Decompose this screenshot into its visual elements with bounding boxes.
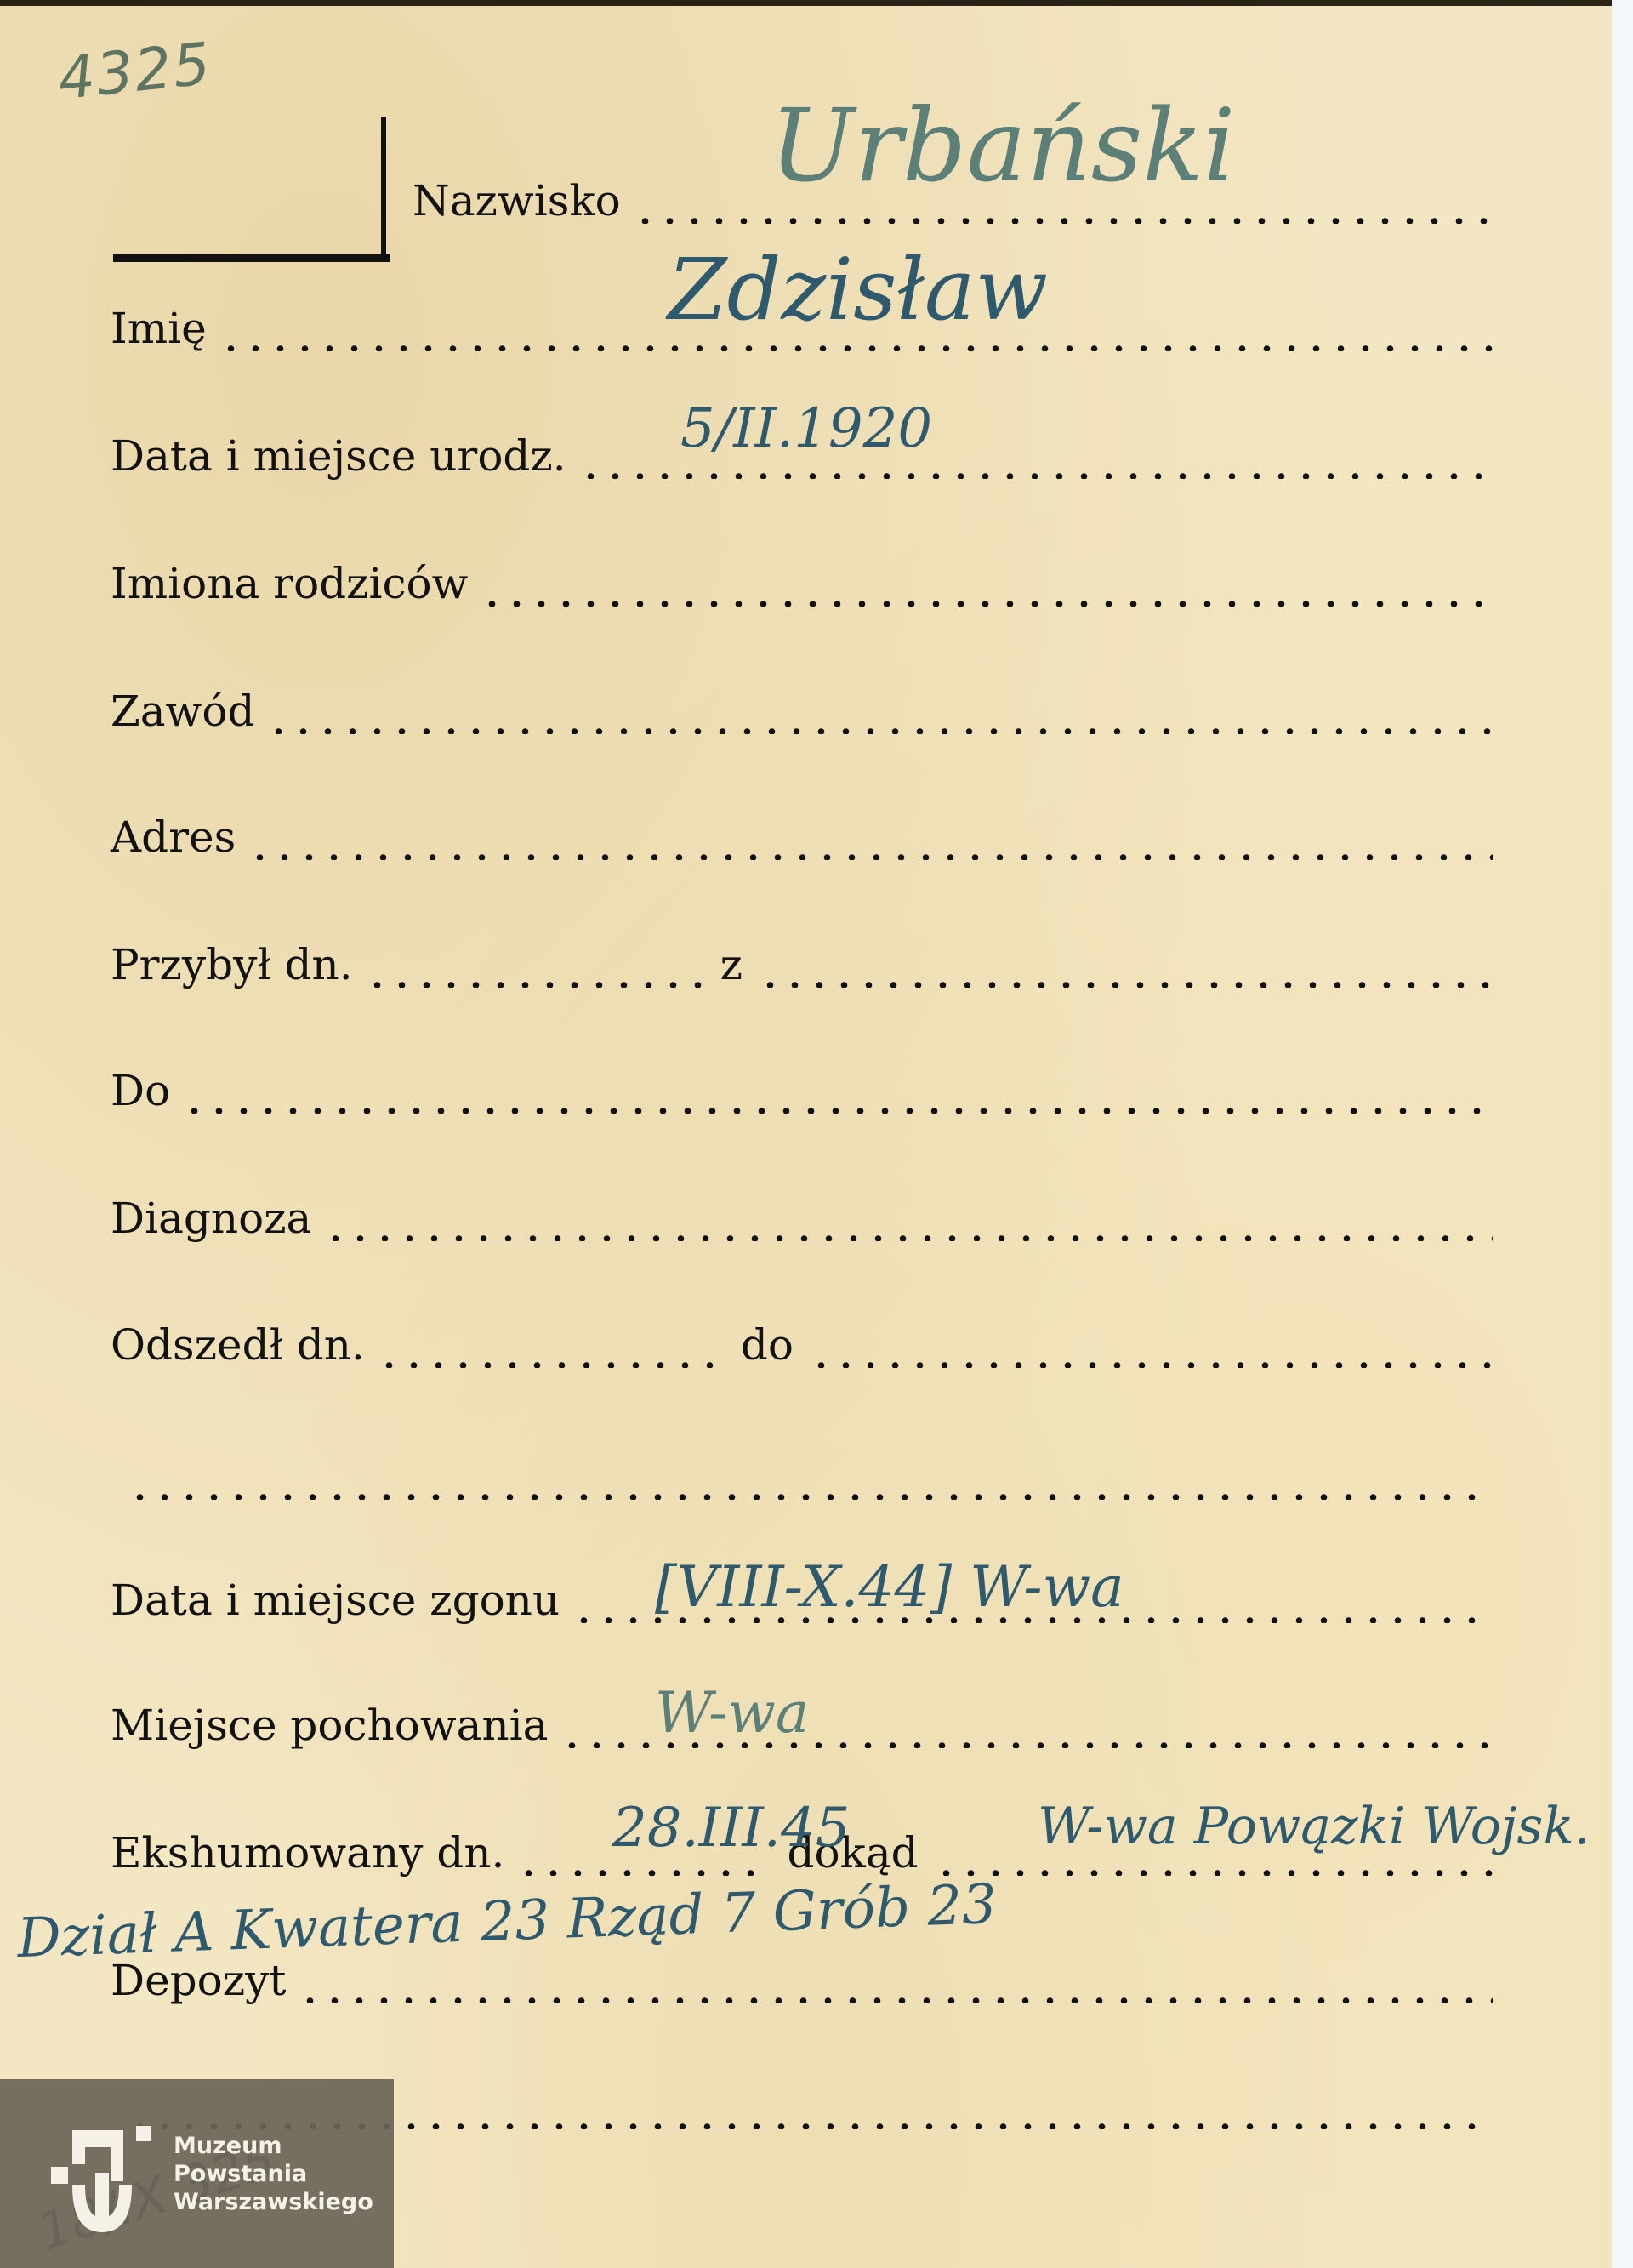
field-address: Adres: [111, 812, 1493, 872]
value-surname: Urbański: [770, 87, 1236, 204]
dotted-line: [266, 727, 1493, 734]
field-label: Nazwisko: [413, 176, 633, 225]
dotted-line: [323, 1234, 1493, 1241]
museum-name-line3: Warszawskiego: [174, 2188, 373, 2216]
museum-name: Muzeum Powstania Warszawskiego: [174, 2132, 373, 2216]
dotted-line: [365, 981, 705, 988]
dotted-line: [758, 981, 1493, 988]
dotted-line: [934, 1869, 1493, 1876]
field-label: Miejsce pochowania: [111, 1701, 560, 1750]
field-mid-label: do: [725, 1320, 809, 1370]
corner-mark-vertical: [381, 117, 386, 254]
field-parents: Imiona rodziców: [111, 559, 1493, 618]
field-mid-label: z: [705, 940, 758, 989]
value-burial: W-wa: [655, 1680, 809, 1746]
index-card: 4325 Nazwisko Urbański Imię Zdzisław Dat…: [0, 0, 1612, 2268]
dotted-line: [578, 472, 1493, 479]
field-label: Imiona rodziców: [111, 559, 480, 608]
field-label: Data i miejsce zgonu: [111, 1576, 572, 1625]
dotted-line: [182, 1107, 1493, 1114]
field-left: Odszedł dn. do: [111, 1320, 1493, 1380]
museum-name-line2: Powstania: [174, 2160, 373, 2188]
dotted-line: [516, 1869, 771, 1876]
value-death: [VIII-X.44] W-wa: [655, 1554, 1124, 1620]
dotted-line: [128, 1493, 1493, 1500]
field-diagnosis: Diagnoza: [111, 1194, 1493, 1253]
scan-edge: [1612, 0, 1633, 2268]
corner-mark-horizontal: [113, 254, 390, 262]
value-birth: 5/II.1920: [680, 397, 932, 460]
field-label: Przybył dn.: [111, 940, 365, 989]
value-exhumed-place: W-wa Powązki Wojsk.: [1038, 1797, 1590, 1856]
field-label: Imię: [111, 304, 219, 353]
field-deposit: Depozyt: [111, 1956, 1493, 2015]
dotted-line: [480, 600, 1493, 607]
dotted-line: [219, 345, 1493, 351]
field-label: Diagnoza: [111, 1194, 323, 1243]
card-number: 4325: [54, 31, 214, 113]
field-label: Do: [111, 1066, 182, 1115]
museum-watermark: Muzeum Powstania Warszawskiego: [0, 2079, 394, 2268]
dotted-line: [248, 853, 1493, 860]
dotted-line: [809, 1361, 1493, 1368]
anchor-kotwica-icon: [51, 2126, 153, 2237]
field-arrived: Przybył dn. z: [111, 940, 1493, 1000]
dotted-line: [298, 1997, 1493, 2003]
field-label: Odszedł dn.: [111, 1320, 377, 1370]
field-to: Do: [111, 1066, 1493, 1125]
field-occupation: Zawód: [111, 687, 1493, 746]
value-first-name: Zdzisław: [668, 240, 1048, 339]
value-exhumed-date: 28.III.45: [612, 1797, 850, 1860]
dotted-line: [633, 217, 1493, 224]
field-label: Ekshumowany dn.: [111, 1828, 516, 1878]
field-label: Data i miejsce urodz.: [111, 431, 578, 481]
field-label: Depozyt: [111, 1956, 298, 2005]
dotted-line: [377, 1361, 725, 1368]
museum-name-line1: Muzeum: [174, 2132, 373, 2160]
field-label: Adres: [111, 812, 248, 862]
field-blank-line: [128, 1452, 1493, 1512]
field-label: Zawód: [111, 687, 266, 736]
